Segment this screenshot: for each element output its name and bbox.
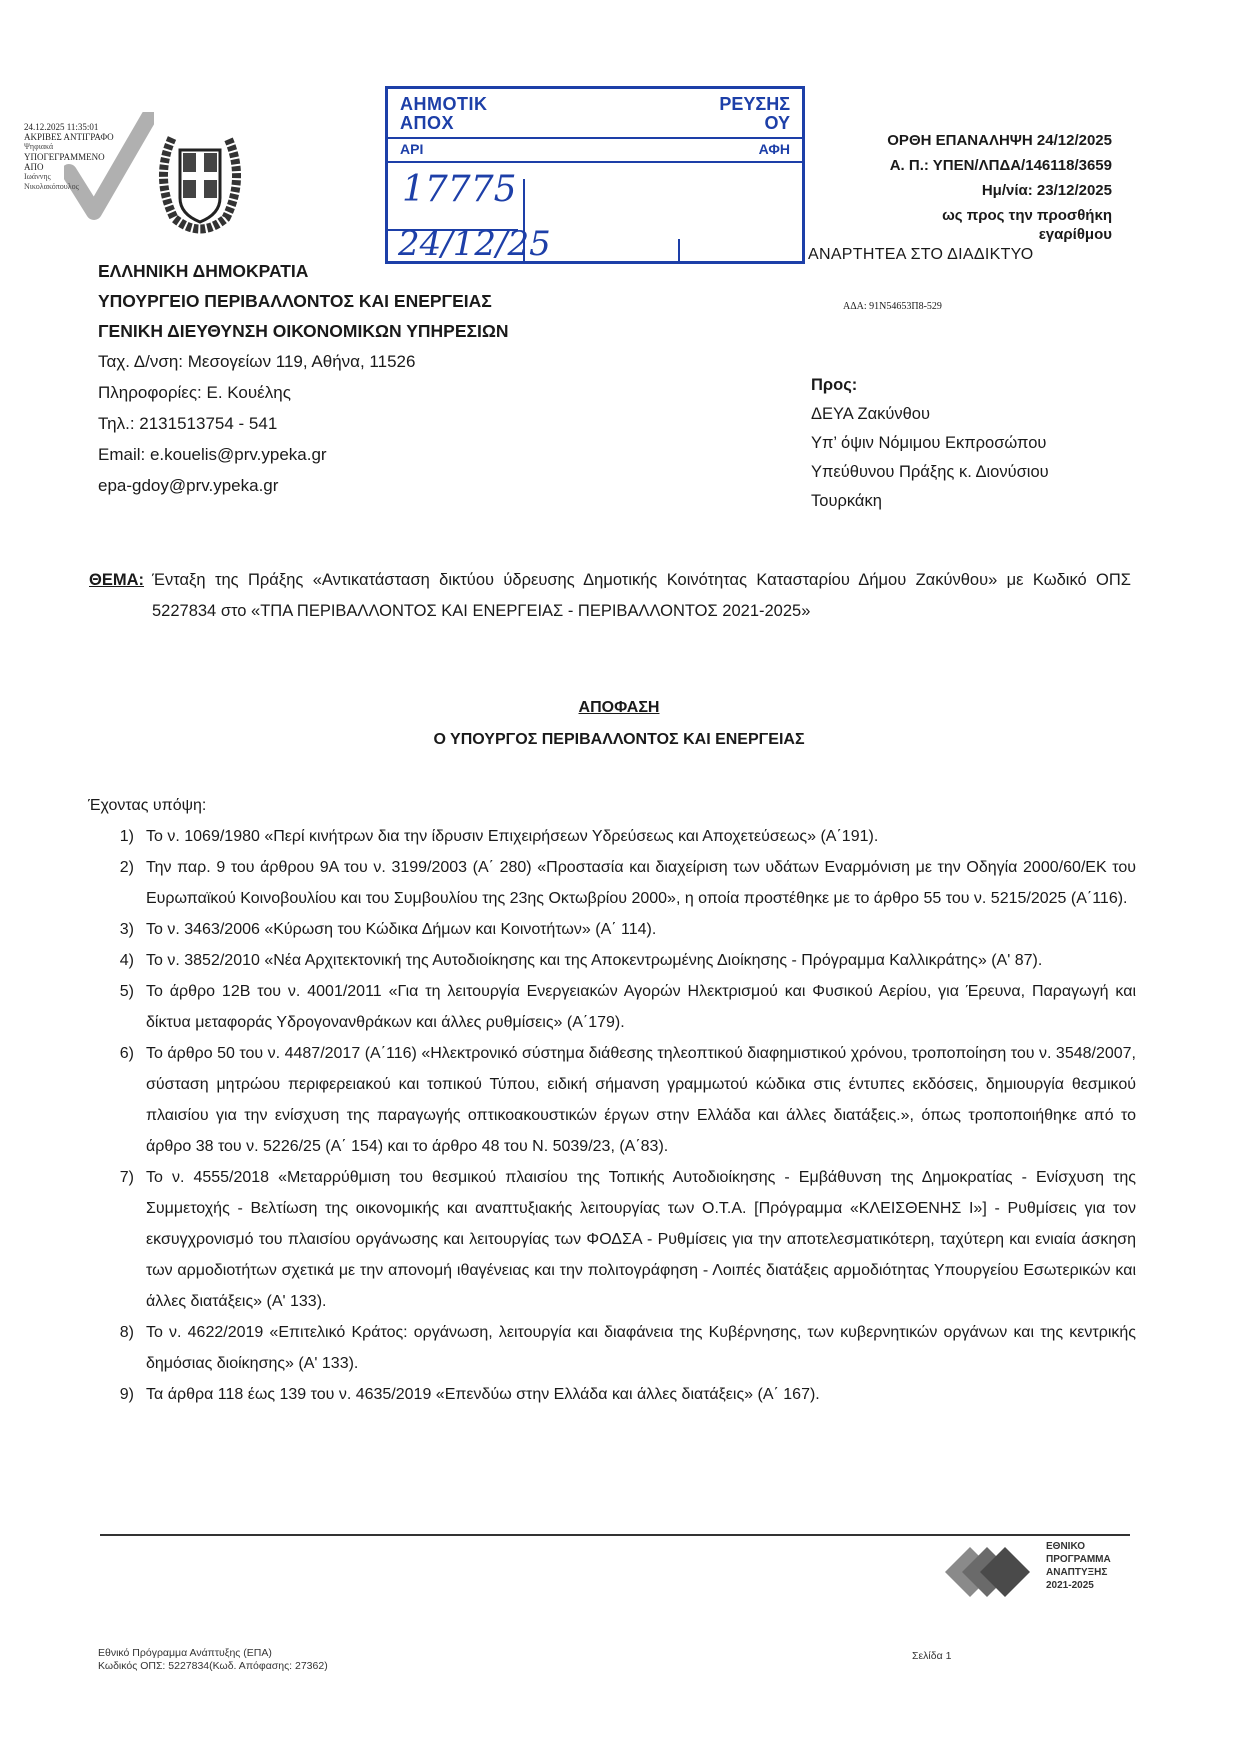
sender-ministry: ΥΠΟΥΡΓΕΙΟ ΠΕΡΙΒΑΛΛΟΝΤΟΣ ΚΑΙ ΕΝΕΡΓΕΙΑΣ: [98, 286, 509, 316]
consideration-item: 8)Το ν. 4622/2019 «Επιτελικό Κράτος: οργ…: [86, 1317, 1136, 1379]
consideration-number: 5): [86, 976, 146, 1038]
consideration-item: 2)Την παρ. 9 του άρθρου 9Α του ν. 3199/2…: [86, 852, 1136, 914]
signature-line: ΑΠΟ: [24, 162, 154, 172]
footer-program-name: Εθνικό Πρόγραμμα Ανάπτυξης (ΕΠΑ): [98, 1647, 328, 1660]
sender-block: ΕΛΛΗΝΙΚΗ ΔΗΜΟΚΡΑΤΙΑ ΥΠΟΥΡΓΕΙΟ ΠΕΡΙΒΑΛΛΟΝ…: [98, 256, 509, 501]
registration-stamp: ΑΗΜΟΤΙΚ ΑΠΟΧ ΡΕΥΣΗΣ ΟΥ ΑΡΙ ΑΦΗ 17775 24/…: [385, 86, 805, 264]
decision-subtitle: Ο ΥΠΟΥΡΓΟΣ ΠΕΡΙΒΑΛΛΟΝΤΟΣ ΚΑΙ ΕΝΕΡΓΕΙΑΣ: [0, 724, 1238, 756]
subject-label: ΘΕΜΑ:: [89, 565, 144, 627]
consideration-number: 8): [86, 1317, 146, 1379]
posted-online-notice: ΑΝΑΡΤΗΤΕΑ ΣΤΟ ΔΙΑΔΙΚΤΥΟ: [808, 246, 1033, 264]
consideration-number: 7): [86, 1162, 146, 1317]
signature-line: ΥΠΟΓΕΓΡΑΜΜΕΝΟ: [24, 152, 154, 162]
recipient-line: Υπεύθυνου Πράξης κ. Διονύσιου: [811, 458, 1049, 487]
consideration-number: 1): [86, 821, 146, 852]
consideration-text: Το ν. 3463/2006 «Κύρωση του Κώδικα Δήμων…: [146, 914, 1136, 945]
consideration-number: 6): [86, 1038, 146, 1162]
consideration-text: Το άρθρο 50 του ν. 4487/2017 (Α΄116) «Ηλ…: [146, 1038, 1136, 1162]
national-development-program-logo-icon: [940, 1537, 1040, 1607]
greek-coat-of-arms-icon: [152, 128, 248, 236]
sender-email[interactable]: Email: e.kouelis@prv.ypeka.gr: [98, 439, 509, 470]
sender-republic: ΕΛΛΗΝΙΚΗ ΔΗΜΟΚΡΑΤΙΑ: [98, 256, 509, 286]
consideration-text: Την παρ. 9 του άρθρου 9Α του ν. 3199/200…: [146, 852, 1136, 914]
footer-divider: [100, 1534, 1130, 1536]
signature-line: Ψηφιακά: [24, 142, 154, 152]
consideration-item: 3)Το ν. 3463/2006 «Κύρωση του Κώδικα Δήμ…: [86, 914, 1136, 945]
consideration-text: Το ν. 1069/1980 «Περί κινήτρων δια την ί…: [146, 821, 1136, 852]
stamp-number-label: ΑΡΙ: [400, 141, 423, 157]
consideration-item: 9)Τα άρθρα 118 έως 139 του ν. 4635/2019 …: [86, 1379, 1136, 1410]
sender-directorate: ΓΕΝΙΚΗ ΔΙΕΥΘΥΝΣΗ ΟΙΚΟΝΟΜΙΚΩΝ ΥΠΗΡΕΣΙΩΝ: [98, 316, 509, 346]
consideration-number: 2): [86, 852, 146, 914]
consideration-item: 1)Το ν. 1069/1980 «Περί κινήτρων δια την…: [86, 821, 1136, 852]
considerations-intro: Έχοντας υπόψη:: [88, 790, 1136, 821]
recipient-line: ΔΕΥΑ Ζακύνθου: [811, 400, 1049, 429]
correction-notice: ΟΡΘΗ ΕΠΑΝΑΛΗΨΗ 24/12/2025: [887, 128, 1112, 153]
consideration-text: Το άρθρο 12Β του ν. 4001/2011 «Για τη λε…: [146, 976, 1136, 1038]
stamp-title-right: ΡΕΥΣΗΣ ΟΥ: [719, 95, 790, 133]
stamp-protocol-number: 17775: [402, 171, 517, 209]
protocol-date: Ημ/νία: 23/12/2025: [887, 178, 1112, 203]
sender-address: Ταχ. Δ/νση: Μεσογείων 119, Αθήνα, 11526: [98, 346, 509, 377]
signature-line: Ιωάννης: [24, 172, 154, 182]
consideration-item: 6)Το άρθρο 50 του ν. 4487/2017 (Α΄116) «…: [86, 1038, 1136, 1162]
sender-phone: Τηλ.: 2131513754 - 541: [98, 408, 509, 439]
protocol-number: Α. Π.: ΥΠΕΝ/ΛΠΔΑ/146118/3659: [887, 153, 1112, 178]
recipient-block: Προς: ΔΕΥΑ Ζακύνθου Υπ’ όψιν Νόμιμου Εκπ…: [811, 371, 1049, 516]
decision-title: ΑΠΟΦΑΣΗ: [0, 692, 1238, 724]
digital-signature-block: 24.12.2025 11:35:01 ΑΚΡΙΒΕΣ ΑΝΤΙΓΡΑΦΟ Ψη…: [24, 122, 154, 192]
stamp-date-label: ΑΦΗ: [759, 141, 790, 157]
footer-program-info: Εθνικό Πρόγραμμα Ανάπτυξης (ΕΠΑ) Κωδικός…: [98, 1647, 328, 1673]
correction-reason-2: εγαρίθμου: [887, 228, 1112, 242]
consideration-item: 5)Το άρθρο 12Β του ν. 4001/2011 «Για τη …: [86, 976, 1136, 1038]
recipient-label: Προς:: [811, 371, 1049, 400]
consideration-number: 4): [86, 945, 146, 976]
consideration-number: 9): [86, 1379, 146, 1410]
signature-label: ΑΚΡΙΒΕΣ ΑΝΤΙΓΡΑΦΟ: [24, 132, 154, 142]
footer-ops-code: Κωδικός ΟΠΣ: 5227834(Κωδ. Απόφασης: 2736…: [98, 1660, 328, 1673]
consideration-item: 4)Το ν. 3852/2010 «Νέα Αρχιτεκτονική της…: [86, 945, 1136, 976]
stamp-title-left: ΑΗΜΟΤΙΚ ΑΠΟΧ: [400, 95, 488, 133]
correction-reason: ως προς την προσθήκη: [887, 203, 1112, 228]
sender-info: Πληροφορίες: Ε. Κουέλης: [98, 377, 509, 408]
signature-timestamp: 24.12.2025 11:35:01: [24, 122, 154, 132]
page-number: Σελίδα 1: [912, 1650, 951, 1662]
consideration-item: 7)Το ν. 4555/2018 «Μεταρρύθμιση του θεσμ…: [86, 1162, 1136, 1317]
consideration-text: Το ν. 4622/2019 «Επιτελικό Κράτος: οργάν…: [146, 1317, 1136, 1379]
subject-block: ΘΕΜΑ: Ένταξη της Πράξης «Αντικατάσταση δ…: [89, 565, 1131, 627]
sender-email-2[interactable]: epa-gdoy@prv.ypeka.gr: [98, 470, 509, 501]
recipient-line: Υπ’ όψιν Νόμιμου Εκπροσώπου: [811, 429, 1049, 458]
ada-code: ΑΔΑ: 91Ν54653Π8-529: [843, 301, 942, 312]
signature-line: Νικολακόπουλος: [24, 182, 154, 192]
logo-text: ΕΘΝΙΚΟ ΠΡΟΓΡΑΜΜΑ ΑΝΑΠΤΥΞΗΣ 2021-2025: [1046, 1540, 1111, 1592]
protocol-info: ΟΡΘΗ ΕΠΑΝΑΛΗΨΗ 24/12/2025 Α. Π.: ΥΠΕΝ/ΛΠ…: [887, 128, 1112, 242]
subject-text: Ένταξη της Πράξης «Αντικατάσταση δικτύου…: [152, 565, 1131, 627]
consideration-text: Το ν. 4555/2018 «Μεταρρύθμιση του θεσμικ…: [146, 1162, 1136, 1317]
consideration-text: Τα άρθρα 118 έως 139 του ν. 4635/2019 «Ε…: [146, 1379, 1136, 1410]
decision-heading: ΑΠΟΦΑΣΗ Ο ΥΠΟΥΡΓΟΣ ΠΕΡΙΒΑΛΛΟΝΤΟΣ ΚΑΙ ΕΝΕ…: [0, 692, 1238, 756]
considerations-list: Έχοντας υπόψη: 1)Το ν. 1069/1980 «Περί κ…: [86, 790, 1136, 1410]
consideration-number: 3): [86, 914, 146, 945]
recipient-line: Τουρκάκη: [811, 487, 1049, 516]
consideration-text: Το ν. 3852/2010 «Νέα Αρχιτεκτονική της Α…: [146, 945, 1136, 976]
